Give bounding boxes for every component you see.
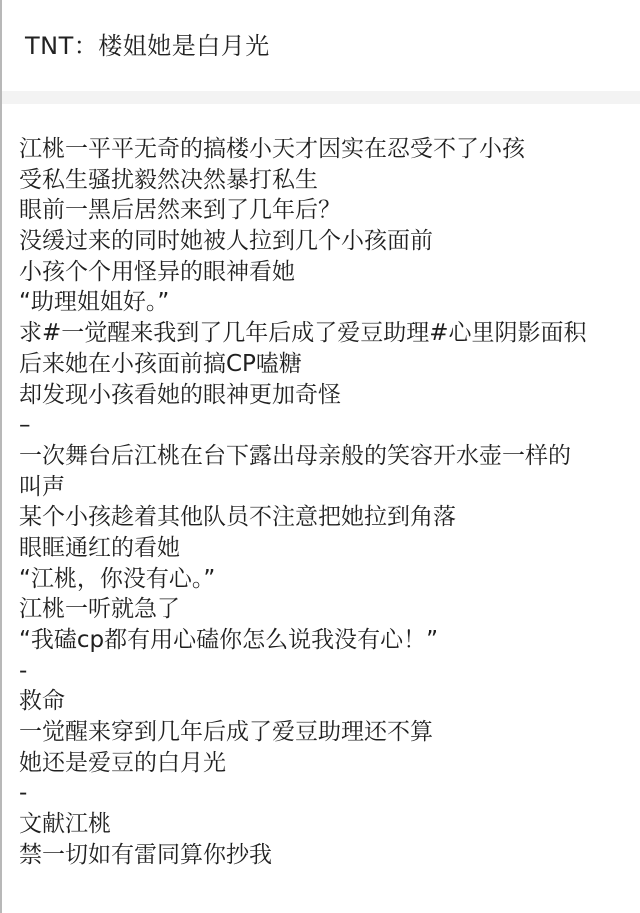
- body-line: 叫声: [19, 472, 634, 503]
- body-line: 江桃一平平无奇的搞楼小天才因实在忍受不了小孩: [19, 134, 634, 165]
- body-line: 文献江桃: [19, 809, 634, 840]
- body-line: 她还是爱豆的白月光: [19, 748, 634, 779]
- body-line: 一次舞台后江桃在台下露出母亲般的笑容开水壶一样的: [19, 441, 634, 472]
- body-line: 某个小孩趁着其他队员不注意把她拉到角落: [19, 502, 634, 533]
- body-line: 禁一切如有雷同算你抄我: [19, 840, 634, 871]
- body-line: 小孩个个用怪异的眼神看她: [19, 257, 634, 288]
- body-line: 眼前一黑后居然来到了几年后？: [19, 195, 634, 226]
- divider-dash: -: [19, 656, 634, 687]
- body-line: 眼眶通红的看她: [19, 533, 634, 564]
- article-header: TNT：楼姐她是白月光: [0, 0, 640, 91]
- body-line: 没缓过来的同时她被人拉到几个小孩面前: [19, 226, 634, 257]
- body-line: “我磕cp都有用心磕你怎么说我没有心！”: [19, 625, 634, 656]
- article-title: TNT：楼姐她是白月光: [25, 28, 270, 64]
- body-line: 救命: [19, 686, 634, 717]
- body-line: “江桃，你没有心。”: [19, 564, 634, 595]
- article-body: 江桃一平平无奇的搞楼小天才因实在忍受不了小孩 受私生骚扰毅然决然暴打私生 眼前一…: [19, 134, 634, 871]
- left-border: [0, 0, 2, 913]
- body-line: 却发现小孩看她的眼神更加奇怪: [19, 380, 634, 411]
- body-line: 一觉醒来穿到几年后成了爱豆助理还不算: [19, 717, 634, 748]
- section-separator: [2, 91, 640, 104]
- body-line: 江桃一听就急了: [19, 594, 634, 625]
- body-line: 受私生骚扰毅然决然暴打私生: [19, 165, 634, 196]
- divider-dash: -: [19, 778, 634, 809]
- divider-dash: –: [19, 410, 634, 441]
- body-line: “助理姐姐好。”: [19, 287, 634, 318]
- body-line: 求#一觉醒来我到了几年后成了爱豆助理#心里阴影面积: [19, 318, 634, 349]
- body-line: 后来她在小孩面前搞CP嗑糖: [19, 349, 634, 380]
